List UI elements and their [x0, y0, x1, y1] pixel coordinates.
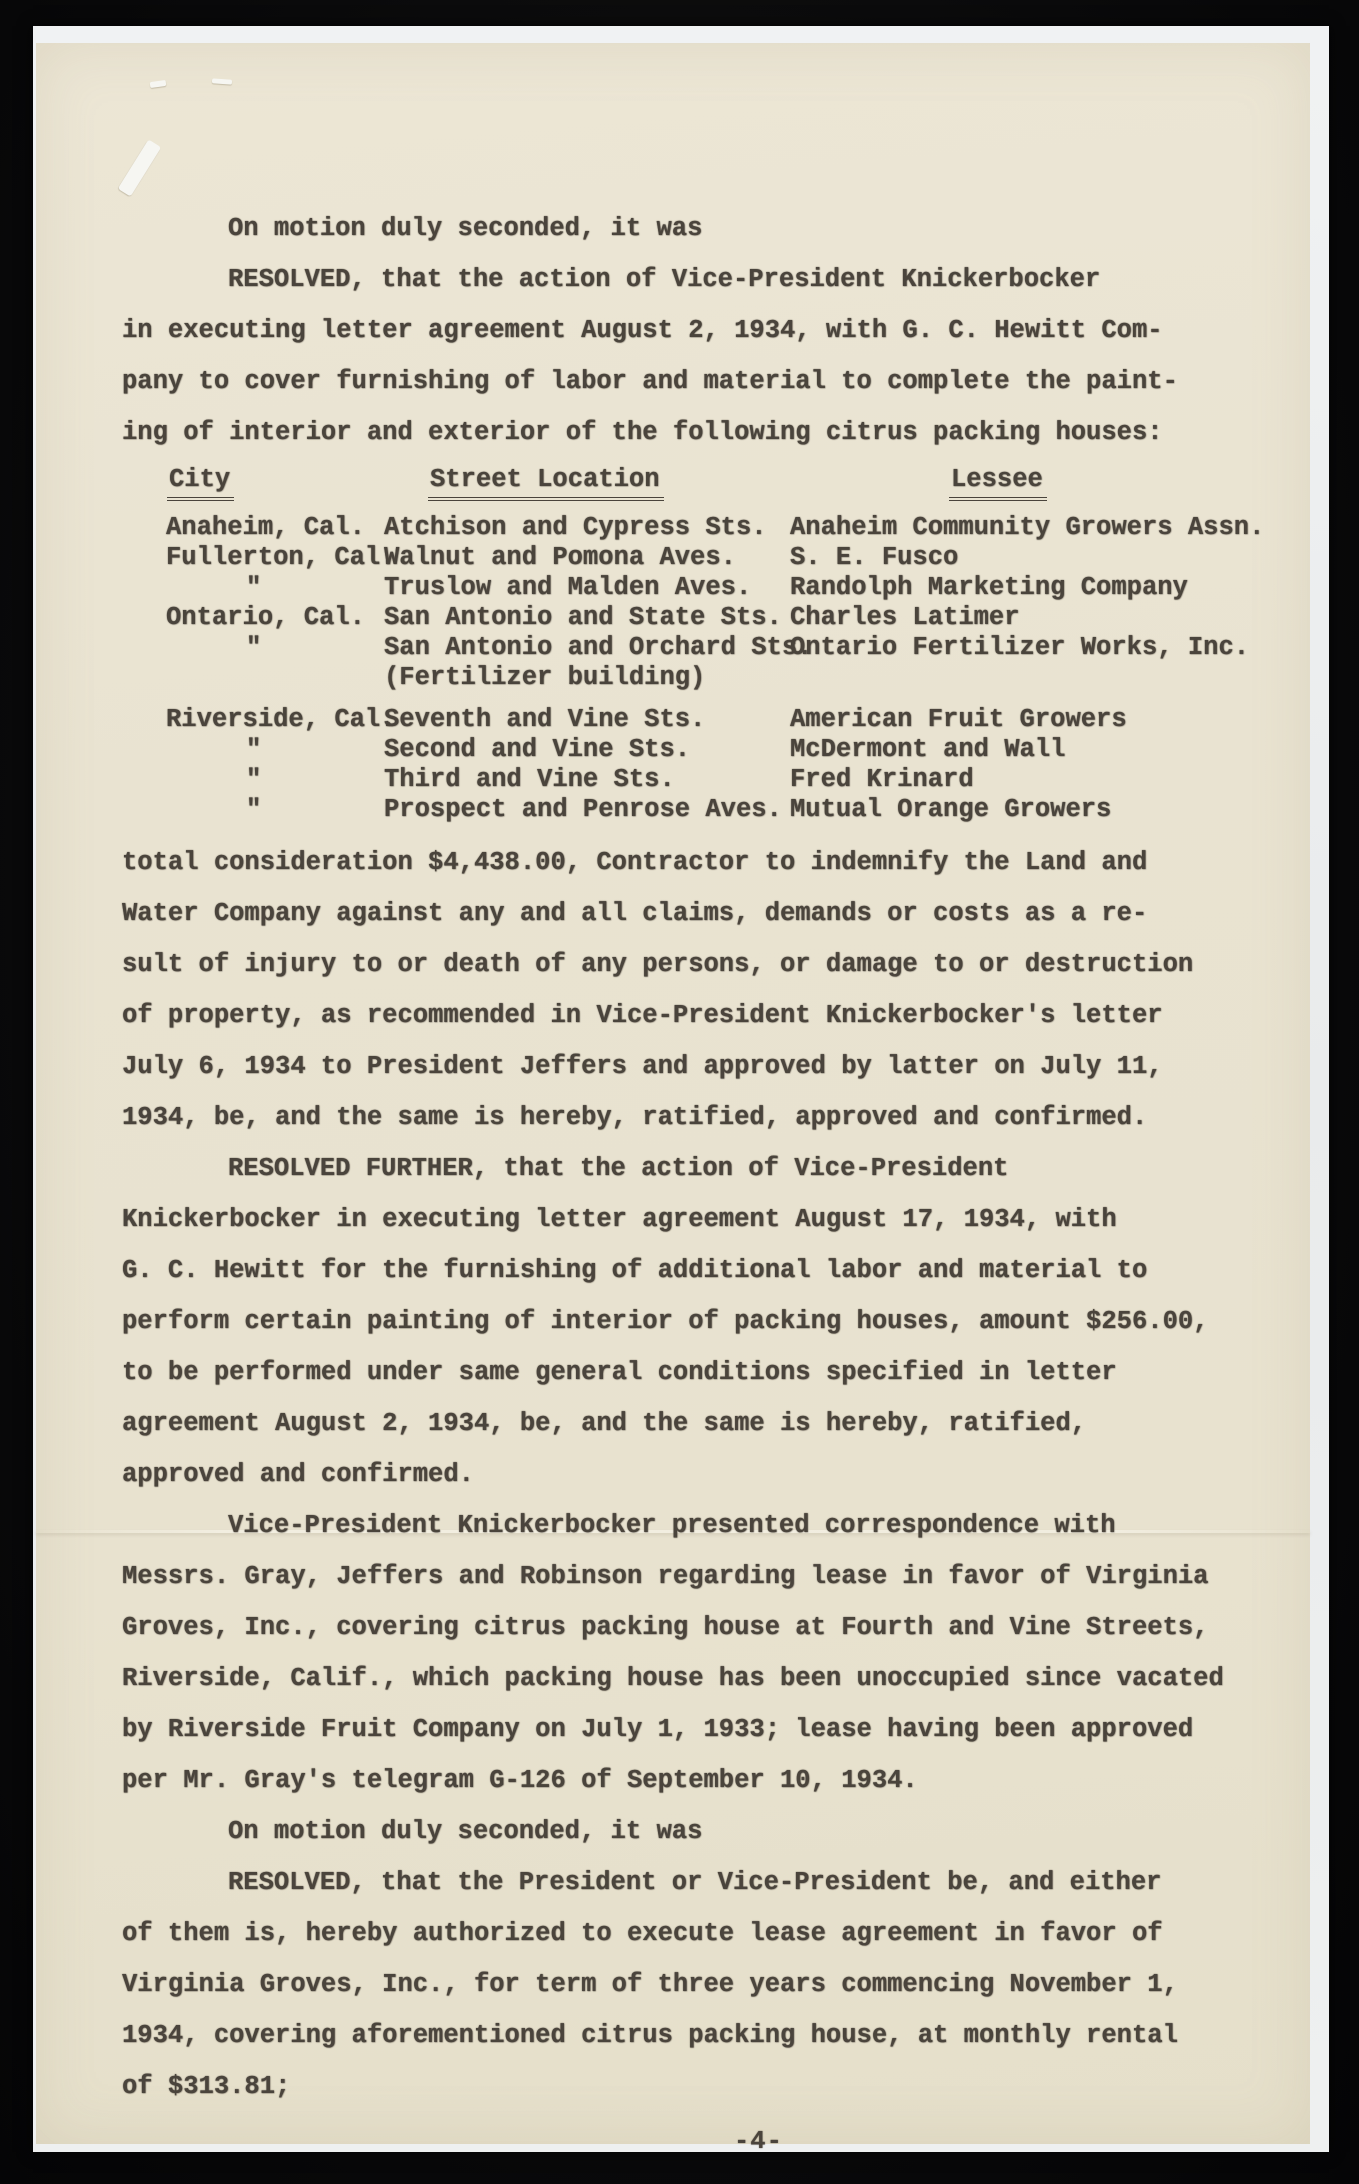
cell-city-ditto: ": [122, 795, 384, 825]
table-header-row: City Street Location Lessee: [122, 464, 1310, 501]
paragraph-motion-2: On motion duly seconded, it was: [122, 1806, 1310, 1857]
table-row: " Prospect and Penrose Aves. Mutual Oran…: [122, 795, 1310, 825]
cell-lessee: McDermont and Wall: [790, 735, 1310, 765]
cell-street: Seventh and Vine Sts.: [384, 705, 790, 735]
page-number: -4-: [734, 2127, 783, 2156]
table-row: Anaheim, Cal. Atchison and Cypress Sts. …: [122, 513, 1310, 543]
cell-lessee: Anaheim Community Growers Assn.: [790, 513, 1310, 543]
paragraph-resolved-lease: RESOLVED, that the President or Vice-Pre…: [122, 1857, 1310, 2112]
cell-street: Prospect and Penrose Aves.: [384, 795, 790, 825]
cell-lessee: S. E. Fusco: [790, 543, 1310, 573]
typewritten-content: On motion duly seconded, it was RESOLVED…: [36, 43, 1310, 2112]
cell-city-ditto: ": [122, 735, 384, 765]
cell-street: Atchison and Cypress Sts.: [384, 513, 790, 543]
cell-city-ditto: ": [122, 573, 384, 603]
cell-lessee: Ontario Fertilizer Works, Inc.: [790, 633, 1310, 663]
paragraph-motion-1: On motion duly seconded, it was: [122, 203, 1310, 254]
cell-lessee: American Fruit Growers: [790, 705, 1310, 735]
table-row: Ontario, Cal. San Antonio and State Sts.…: [122, 603, 1310, 633]
cell-street: San Antonio and State Sts.: [384, 603, 790, 633]
cell-street-note: (Fertilizer building): [384, 663, 790, 693]
paragraph-correspondence: Vice-President Knickerbocker presented c…: [122, 1500, 1310, 1806]
cell-lessee: Randolph Marketing Company: [790, 573, 1310, 603]
cell-lessee: Mutual Orange Growers: [790, 795, 1310, 825]
cell-city: Riverside, Cal.: [122, 705, 384, 735]
cell-city: Ontario, Cal.: [122, 603, 384, 633]
cell-city: Fullerton, Cal.: [122, 543, 384, 573]
packing-houses-table: City Street Location Lessee Anaheim, Cal…: [122, 464, 1310, 825]
scanned-page-background: On motion duly seconded, it was RESOLVED…: [0, 0, 1359, 2184]
cell-lessee: Fred Krinard: [790, 765, 1310, 795]
cell-city-ditto: ": [122, 633, 384, 663]
table-row: " Truslow and Malden Aves. Randolph Mark…: [122, 573, 1310, 603]
cell-city: Anaheim, Cal.: [122, 513, 384, 543]
cell-city-empty: [122, 663, 384, 693]
cell-city-ditto: ": [122, 765, 384, 795]
header-cell-city: City: [122, 464, 384, 501]
cell-street: San Antonio and Orchard Sts.: [384, 633, 790, 663]
cell-street: Third and Vine Sts.: [384, 765, 790, 795]
cell-lessee: Charles Latimer: [790, 603, 1310, 633]
paragraph-resolved-further: RESOLVED FURTHER, that the action of Vic…: [122, 1143, 1310, 1500]
cell-lessee-empty: [790, 663, 1310, 693]
table-row: Riverside, Cal. Seventh and Vine Sts. Am…: [122, 705, 1310, 735]
paragraph-resolved-august-2: RESOLVED, that the action of Vice-Presid…: [122, 254, 1310, 458]
header-cell-lessee: Lessee: [790, 464, 1310, 501]
cell-street: Second and Vine Sts.: [384, 735, 790, 765]
table-row: " Second and Vine Sts. McDermont and Wal…: [122, 735, 1310, 765]
document-page: On motion duly seconded, it was RESOLVED…: [36, 43, 1310, 2144]
table-row: " San Antonio and Orchard Sts. Ontario F…: [122, 633, 1310, 663]
header-cell-street-location: Street Location: [384, 464, 790, 501]
paragraph-resolution-total: total consideration $4,438.00, Contracto…: [122, 837, 1310, 1143]
cell-street: Truslow and Malden Aves.: [384, 573, 790, 603]
table-row: " Third and Vine Sts. Fred Krinard: [122, 765, 1310, 795]
table-row: Fullerton, Cal. Walnut and Pomona Aves. …: [122, 543, 1310, 573]
table-row-fertilizer-note: (Fertilizer building): [122, 663, 1310, 693]
cell-street: Walnut and Pomona Aves.: [384, 543, 790, 573]
